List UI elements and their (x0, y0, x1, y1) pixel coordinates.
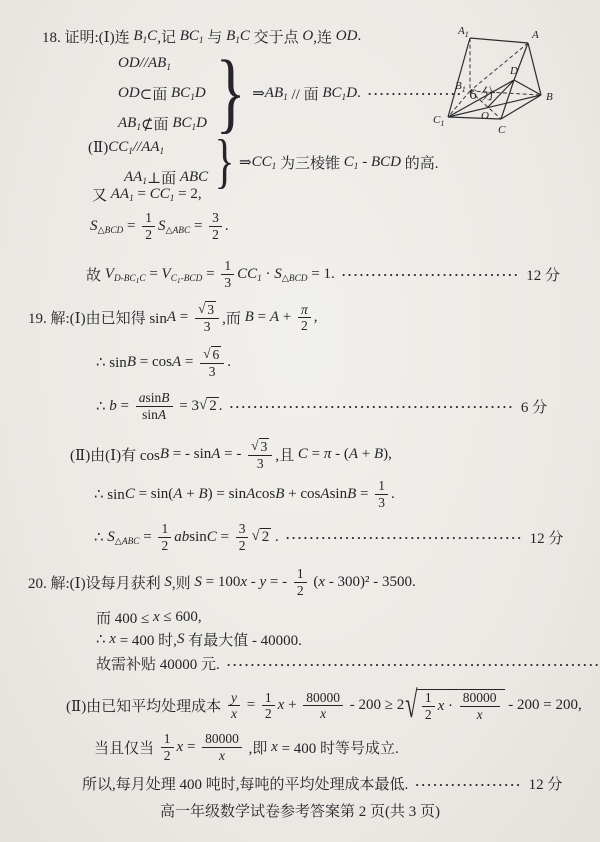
fraction-numerator: 1 (262, 690, 275, 707)
math-variable: C (181, 115, 191, 132)
math-variable: ABC (180, 169, 208, 186)
sqrt-radical: √6 (203, 346, 221, 363)
math-variable: S (194, 574, 202, 591)
math-variable: x (109, 631, 116, 648)
var-with-subscript: C1 (171, 273, 181, 283)
math-variable: B (161, 390, 169, 406)
text-run: = (181, 354, 197, 371)
fraction: 12 (142, 210, 155, 242)
radicand: 2 (260, 528, 272, 546)
fraction: √33 (195, 301, 219, 334)
var-with-subscript: AB1 (118, 115, 141, 132)
p20-max: ∴ x = 400 时,S 有最大值 - 40000. (96, 629, 302, 650)
math-variable: D (195, 85, 206, 102)
subscript: 1 (143, 36, 148, 46)
text-run: = (202, 266, 218, 283)
text-run: 3 (207, 302, 214, 318)
p18-line-aa: 又 AA1 = CC1 = 2, (92, 184, 202, 205)
text-run: ), (383, 446, 392, 463)
fraction-denominator: sinA (139, 407, 169, 423)
vertex-label-A: A (531, 29, 539, 41)
text-run: 80000 (463, 690, 497, 706)
text-run: 2 (262, 529, 270, 546)
fraction: 12 (161, 731, 174, 763)
math-variable: x (177, 739, 184, 756)
text-run: - (358, 154, 371, 171)
radical-sign-icon: √ (203, 347, 210, 361)
math-variable: O (302, 28, 313, 45)
edge-A1-A (470, 38, 528, 43)
math-variable: B (171, 85, 180, 102)
fraction: 13 (375, 478, 388, 510)
text-run: , (314, 309, 318, 326)
text-run: 18. 证明:(Ⅰ)连 (42, 26, 133, 47)
math-variable: B (127, 354, 136, 371)
text-run: . (357, 28, 361, 45)
text-run: + (182, 486, 198, 503)
text-run: 6 (213, 347, 220, 363)
text-run: 交于点 (250, 26, 303, 47)
math-variable: OD (336, 28, 358, 45)
fraction: asinBsinA (136, 390, 173, 422)
text-run: = (190, 218, 206, 235)
math-variable: B (374, 446, 383, 463)
text-run: 3 (261, 439, 268, 455)
math-variable: D (346, 85, 357, 102)
subscript: 1 (283, 92, 288, 102)
math-variable: x (320, 706, 326, 722)
fraction: √33 (248, 438, 272, 471)
math-variable: C (344, 154, 354, 171)
subscript: 1 (190, 92, 195, 102)
math-variable: OD (118, 85, 140, 102)
text-run: 3 (378, 495, 385, 511)
text-run: 1 (297, 566, 304, 582)
math-variable: a (139, 390, 146, 406)
math-variable: CC (237, 266, 257, 283)
subscript: △BCD (282, 272, 308, 283)
radical-sign-icon: √ (405, 687, 417, 725)
right-brace-icon: } (215, 140, 235, 183)
var-with-subscript: CC1 (150, 186, 175, 203)
text-run: (Ⅱ)由已知平均处理成本 (66, 695, 225, 716)
subscript: 1 (342, 92, 347, 102)
p20-subsidy: 故需补贴 40000 元. ··························… (96, 653, 600, 674)
text-run: (Ⅱ)由(Ⅰ)有 cos (70, 444, 160, 465)
math-variable: π (324, 446, 332, 463)
text-run: · (444, 698, 457, 715)
text-run: = cos (136, 354, 172, 371)
text-run: sin (330, 486, 348, 503)
p19-sideb: ∴ b = asinBsinA = 3√2. ·················… (96, 390, 547, 422)
math-variable: C (207, 529, 217, 546)
fraction-denominator: 2 (298, 318, 311, 334)
text-run: ,即 (245, 737, 271, 758)
fraction-denominator: 2 (422, 707, 435, 723)
subscript: C1-BCD (171, 273, 203, 283)
text-run: + (279, 309, 295, 326)
fraction-numerator: π (298, 302, 311, 319)
vertex-label-A1: A1 (457, 25, 469, 39)
text-run: . (225, 218, 229, 235)
radical-sign-icon: √ (199, 398, 207, 413)
subscript: △BCD (98, 224, 124, 235)
math-variable: x (153, 609, 160, 626)
subscript: 1 (136, 122, 141, 132)
text-run: 1 (265, 690, 272, 706)
math-variable: D (196, 115, 207, 132)
text-run: ,则 (172, 572, 195, 593)
text-run: = (243, 697, 259, 714)
p19-area: ∴ S△ABC = 12absinC = 32√2 . ············… (94, 521, 563, 553)
text-run: 80000 (205, 731, 239, 747)
fraction-numerator: 3 (209, 210, 222, 227)
math-variable: C (298, 446, 308, 463)
p20-intro: 20. 解:(Ⅰ)设每月获利 S,则 S = 100x - y = - 12 (… (28, 566, 416, 598)
text-run: + (284, 697, 300, 714)
fraction: 12 (422, 690, 435, 722)
p20-conclusion: 所以,每月处理 400 吨时,每吨的平均处理成本最低. ············… (82, 773, 562, 794)
p18-intro: 18. 证明:(Ⅰ)连 B1C,记 BC1 与 B1C 交于点 O,连 OD. (42, 26, 361, 47)
text-run: 12 分 (523, 264, 561, 285)
var-with-subscript: AA1 (111, 186, 134, 203)
radicand: 2 (207, 397, 219, 415)
fraction-numerator: asinB (136, 390, 173, 407)
text-run: ∴ (96, 397, 109, 416)
text-run: ,且 (275, 444, 298, 465)
text-run: sin (142, 407, 158, 423)
text-run: = (123, 218, 139, 235)
text-run: ) = sin (208, 486, 246, 503)
math-variable: b (109, 398, 117, 415)
var-with-subscript: S△ABC (158, 218, 190, 235)
math-variable: BCD (184, 273, 203, 283)
fraction-numerator: 1 (294, 566, 307, 583)
math-variable: π (301, 302, 308, 318)
math-variable: S (164, 574, 172, 591)
fraction-denominator: 2 (161, 748, 174, 764)
text-run: ,记 (157, 26, 180, 47)
text-run: = - sin (169, 446, 211, 463)
math-variable: // (140, 55, 148, 72)
text-run: . (271, 529, 282, 546)
math-variable: OD (118, 55, 140, 72)
math-variable: B (133, 28, 142, 45)
brace-premises: OD//AB1OD⊂面 BC1DAB1⊄面 BC1D (118, 48, 207, 138)
subscript: △ABC (115, 535, 140, 546)
text-run: = (134, 186, 150, 203)
var-with-subscript: VC1-BCD (162, 266, 203, 283)
math-variable: AA (124, 169, 142, 186)
text-run: . (219, 398, 227, 415)
math-variable: B (347, 486, 356, 503)
text-run: 2 (301, 318, 308, 334)
text-run: - ( (331, 446, 349, 463)
text-run: ⇒ (239, 153, 252, 172)
p19-sinc: ∴ sinC = sin(A + B) = sinAcosB + cosAsin… (94, 478, 395, 510)
dots-leader: ·················· (415, 777, 522, 793)
fraction-numerator: 80000 (460, 690, 500, 707)
var-with-subscript: S△ABC (107, 529, 139, 546)
radical-sign-icon: √ (198, 302, 205, 316)
dots-leader: ······························ (341, 267, 519, 283)
p18-line-area: S△BCD = 12S△ABC = 32. (90, 210, 229, 242)
fraction-numerator: 1 (422, 690, 435, 707)
math-variable: B (322, 85, 331, 102)
dots-leader: ········································… (227, 657, 600, 673)
math-variable: A (167, 309, 176, 326)
math-variable: A (246, 486, 255, 503)
var-with-subscript: C1 (129, 273, 139, 283)
text-run: = - (266, 574, 291, 591)
text-run: 为三棱锥 (276, 152, 344, 173)
fraction: 12 (262, 690, 275, 722)
math-variable: S (177, 631, 185, 648)
math-variable: S (107, 529, 115, 546)
fraction-denominator: 3 (201, 319, 214, 335)
text-run: + cos (284, 486, 320, 503)
math-variable: V (162, 266, 171, 283)
fraction-numerator: 1 (161, 731, 174, 748)
fraction-numerator: 1 (221, 258, 234, 275)
text-run: 故需补贴 40000 元. (96, 653, 224, 674)
text-run: 2 (265, 706, 272, 722)
text-run: = (308, 446, 324, 463)
sqrt-radical: √2 (199, 397, 219, 415)
text-run: 2 (164, 748, 171, 764)
fraction-denominator: 2 (209, 227, 222, 243)
edge-A-B (528, 43, 541, 95)
fraction: 13 (221, 258, 234, 290)
radicand: 3 (259, 438, 270, 455)
fraction-numerator: 1 (158, 521, 171, 538)
math-variable: C (125, 486, 135, 503)
math-variable: A (320, 486, 329, 503)
text-run: 3 (257, 456, 264, 472)
radical-sign-icon: √ (251, 439, 258, 453)
var-with-subscript: S△BCD (274, 266, 307, 283)
fraction: 80000x (303, 690, 343, 722)
subscript: 1 (192, 122, 197, 132)
text-run: ≤ 600, (160, 609, 202, 626)
text-run: 2 (239, 538, 246, 554)
brace-line: (Ⅱ)CC1//AA1 (88, 132, 208, 162)
math-variable: A (270, 309, 279, 326)
text-run: 1 (378, 478, 385, 494)
radicand: 12x · 80000x (417, 689, 505, 722)
math-variable: B (245, 309, 254, 326)
sqrt-radical: √2 (251, 528, 271, 546)
text-run: . (357, 85, 365, 102)
math-variable: x (219, 748, 225, 764)
sqrt-radical: √3 (198, 301, 216, 318)
math-variable: B (160, 446, 169, 463)
text-run: - 200 = 200, (505, 697, 582, 714)
math-variable: S (90, 218, 98, 235)
text-run: 2 (161, 538, 168, 554)
text-run: ∴ sin (94, 485, 125, 504)
fraction-denominator: x (474, 707, 486, 723)
fraction-denominator: 2 (294, 583, 307, 599)
text-run: ⇒ (252, 84, 265, 103)
text-run: (Ⅱ) (88, 138, 108, 157)
edge-D-B (514, 80, 541, 95)
math-variable: S (158, 218, 166, 235)
fraction-denominator: x (317, 706, 329, 722)
fraction: 32 (209, 210, 222, 242)
text-run: ⊂面 (140, 83, 171, 104)
text-run: 6 分 (466, 83, 496, 104)
text-run: = 3 (176, 398, 199, 415)
var-with-subscript: C1 (189, 28, 204, 45)
page-footer: 高一年级数学试卷参考答案第 2 页(共 3 页) (0, 800, 600, 821)
text-run: · (262, 266, 275, 283)
text-run: 3 (209, 364, 216, 380)
fraction-numerator: 80000 (303, 690, 343, 707)
math-variable: CC (108, 139, 128, 156)
vertex-label-C: C (498, 124, 506, 136)
fraction-denominator: 3 (221, 275, 234, 291)
text-run: 1 (224, 258, 231, 274)
math-variable: BCD (371, 154, 401, 171)
math-variable: AB (118, 115, 136, 132)
text-run: 3 (239, 521, 246, 537)
text-run: + (358, 446, 374, 463)
text-run: 80000 (306, 690, 340, 706)
math-variable: x (240, 574, 247, 591)
vertex-label-B: B (546, 91, 553, 103)
fraction: √63 (200, 346, 224, 379)
text-run: sin (146, 390, 162, 406)
fraction: π2 (298, 302, 311, 334)
text-run: 3 (204, 319, 211, 335)
fraction-denominator: 2 (236, 538, 249, 554)
text-run: 有最大值 - 40000. (184, 629, 302, 650)
var-with-subscript: C1 (181, 115, 196, 132)
math-variable: y (260, 574, 267, 591)
math-variable: B (180, 28, 189, 45)
text-run: 的高. (401, 152, 439, 173)
text-run: = (146, 266, 162, 283)
text-run: 1 (161, 521, 168, 537)
math-variable: B (275, 486, 284, 503)
text-run: - 300)² - 3500. (325, 574, 416, 591)
text-run: ,而 (222, 307, 245, 328)
text-run: - (247, 574, 260, 591)
text-run: 又 (92, 184, 111, 205)
subscript: 1 (160, 146, 165, 156)
math-variable: ab (174, 529, 189, 546)
text-run: 故 (86, 264, 105, 285)
p18-step1-brace: OD//AB1OD⊂面 BC1DAB1⊄面 BC1D}⇒AB1 // 面 BC1… (118, 48, 496, 138)
p18-step2-brace: (Ⅱ)CC1//AA1AA1⊥面 ABC}⇒CC1 为三棱锥 C1 - BCD … (88, 132, 438, 192)
fraction: yx (228, 690, 240, 722)
text-run: sin (189, 529, 207, 546)
text-run: 1 (164, 731, 171, 747)
text-run: 19. 解:(Ⅰ)由已知得 sin (28, 307, 167, 328)
fraction-numerator: √3 (195, 301, 219, 319)
math-variable: AA (141, 139, 159, 156)
text-run: 12 分 (526, 527, 564, 548)
math-variable: A (158, 407, 166, 423)
subscript: 1 (170, 194, 175, 204)
text-run: 2 (212, 227, 219, 243)
text-run: 1 (425, 690, 432, 706)
var-with-subscript: C1 (332, 85, 347, 102)
fraction-numerator: 1 (375, 478, 388, 495)
math-variable: C (139, 273, 145, 283)
brace-line: OD⊂面 BC1D (118, 78, 207, 108)
answer-page: A1AB1BC1CDO 高一年级数学试卷参考答案第 2 页(共 3 页) 18.… (0, 0, 600, 842)
fraction-numerator: √6 (200, 346, 224, 364)
fraction-denominator: x (228, 706, 240, 722)
fraction: 80000x (460, 690, 500, 722)
text-run: 3 (224, 275, 231, 291)
p20-avgcost: (Ⅱ)由已知平均处理成本 yx = 12x + 80000x - 200 ≥ 2… (66, 687, 582, 725)
text-run: cos (255, 486, 275, 503)
math-variable: S (274, 266, 282, 283)
text-run: 3 (212, 210, 219, 226)
text-run: 2 (425, 707, 432, 723)
var-with-subscript: AB1 (148, 55, 171, 72)
vertex-label-D: D (509, 65, 518, 77)
p19-intro: 19. 解:(Ⅰ)由已知得 sinA = √33,而 B = A + π2, (28, 301, 317, 334)
fraction-denominator: 2 (142, 227, 155, 243)
p19-sinb: ∴ sinB = cosA = √63. (96, 346, 231, 379)
var-with-subscript: AA1 (141, 139, 164, 156)
text-run: = - (220, 446, 245, 463)
text-run: ⊄面 (141, 113, 172, 134)
math-variable: x (318, 574, 325, 591)
math-variable: CC (252, 154, 272, 171)
text-run: 20. 解:(Ⅰ)设每月获利 (28, 572, 164, 593)
sqrt-radical: √12x · 80000x (404, 687, 504, 725)
fraction-numerator: 1 (142, 210, 155, 227)
text-run: 所以,每月处理 400 吨时,每吨的平均处理成本最低. (82, 773, 412, 794)
math-variable: C (189, 28, 199, 45)
dots-leader: ········································ (285, 530, 522, 546)
subscript: 1 (199, 36, 204, 46)
math-variable: B (172, 115, 181, 132)
p19-cosb: (Ⅱ)由(Ⅰ)有 cosB = - sinA = - √33,且 C = π -… (70, 438, 392, 471)
var-with-subscript: CC1 (108, 139, 133, 156)
dots-leader: ········································… (229, 399, 514, 415)
math-variable: A (211, 446, 220, 463)
text-run: ∴ (94, 528, 107, 547)
fraction-denominator: 2 (158, 538, 171, 554)
text-run: ∴ (96, 630, 109, 649)
var-with-subscript: CC1 (252, 154, 277, 171)
brace-conclusion: ⇒CC1 为三棱锥 C1 - BCD 的高. (239, 152, 438, 173)
text-run: = (217, 529, 233, 546)
p20-range: 而 400 ≤ x ≤ 600, (96, 607, 202, 628)
math-variable: AB (265, 85, 283, 102)
text-run: = (176, 309, 192, 326)
text-run: = (356, 486, 372, 503)
math-variable: C (147, 28, 157, 45)
text-run: 当且仅当 (94, 737, 158, 758)
math-variable: C (332, 85, 342, 102)
var-with-subscript: B1 (133, 28, 147, 45)
text-run: 2 (209, 398, 217, 415)
text-run: - 200 ≥ 2 (346, 697, 404, 714)
subscript: 1 (257, 273, 262, 283)
text-run: = 400 时等号成立. (278, 737, 399, 758)
p20-equality: 当且仅当 12x = 80000x ,即 x = 400 时等号成立. (94, 731, 399, 763)
text-run: 12 分 (525, 773, 563, 794)
text-run: 6 分 (517, 396, 547, 417)
text-run: ,连 (313, 26, 336, 47)
